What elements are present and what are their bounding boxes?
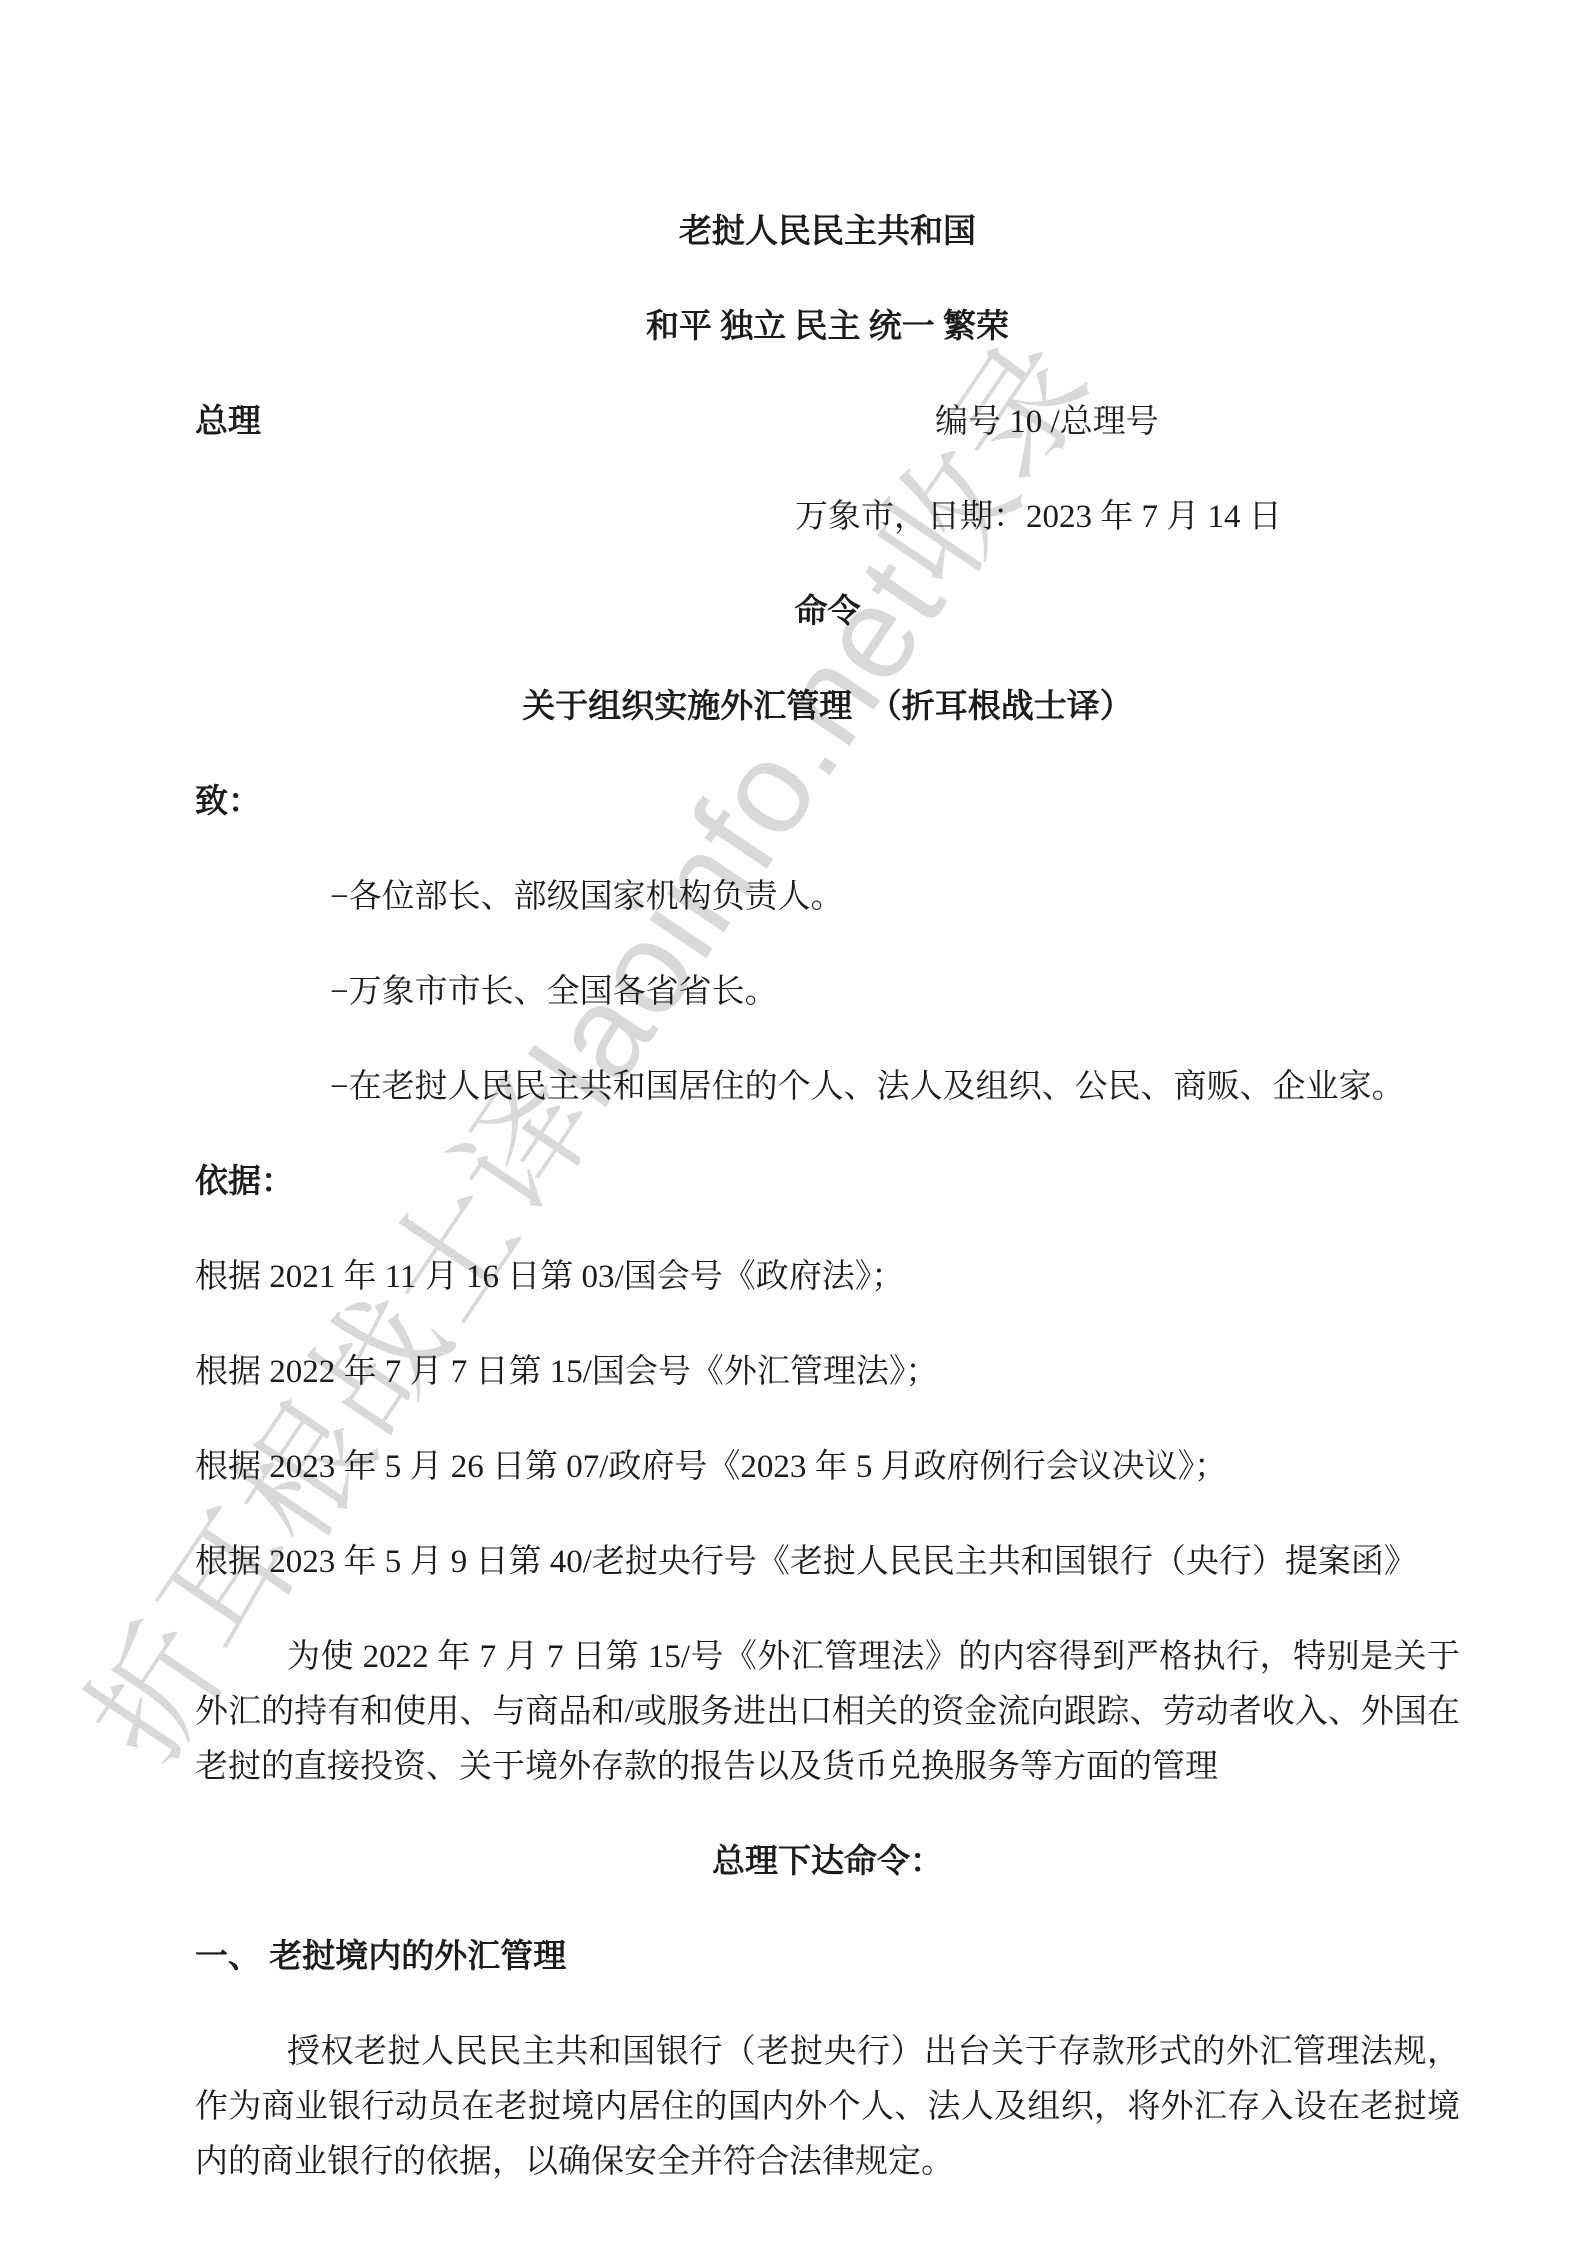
subject-title: 关于组织实施外汇管理 （折耳根战士译） — [195, 680, 1460, 735]
basis-item: 根据 2023 年 5 月 9 日第 40/老挝央行号《老挝人民民主共和国银行（… — [195, 1535, 1460, 1590]
basis-item: 根据 2021 年 11 月 16 日第 03/国会号《政府法》； — [195, 1250, 1460, 1305]
country-title: 老挝人民民主共和国 — [195, 205, 1460, 260]
purpose-paragraph: 为使 2022 年 7 月 7 日第 15/号《外汇管理法》的内容得到严格执行，… — [195, 1630, 1460, 1795]
section-heading: 一、 老挝境内的外汇管理 — [195, 1930, 1460, 1985]
issuer-row: 总理 编号 10 /总理号 — [195, 395, 1460, 450]
document-content: 老挝人民民主共和国 和平 独立 民主 统一 繁荣 总理 编号 10 /总理号 万… — [0, 0, 1587, 2190]
addressee-item: −万象市市长、全国各省省长。 — [195, 965, 1460, 1020]
section-paragraph: 授权老挝人民民主共和国银行（老挝央行）出台关于存款形式的外汇管理法规，作为商业银… — [195, 2025, 1460, 2190]
basis-item: 根据 2023 年 5 月 26 日第 07/政府号《2023 年 5 月政府例… — [195, 1440, 1460, 1495]
ref-number: 编号 10 /总理号 — [935, 395, 1159, 450]
document-page: { "page": { "background": "#ffffff", "te… — [0, 0, 1587, 2245]
addressee-label: 致： — [195, 775, 1460, 830]
issuer-label: 总理 — [195, 404, 261, 440]
motto-line: 和平 独立 民主 统一 繁荣 — [195, 300, 1460, 355]
addressee-item: −在老挝人民民主共和国居住的个人、法人及组织、公民、商贩、企业家。 — [195, 1060, 1460, 1115]
decree-heading: 总理下达命令： — [195, 1835, 1460, 1890]
basis-label: 依据： — [195, 1155, 1460, 1210]
basis-item: 根据 2022 年 7 月 7 日第 15/国会号《外汇管理法》； — [195, 1345, 1460, 1400]
addressee-item: −各位部长、部级国家机构负责人。 — [195, 870, 1460, 925]
dateline: 万象市，日期：2023 年 7 月 14 日 — [195, 490, 1460, 545]
doc-type-title: 命令 — [195, 585, 1460, 640]
